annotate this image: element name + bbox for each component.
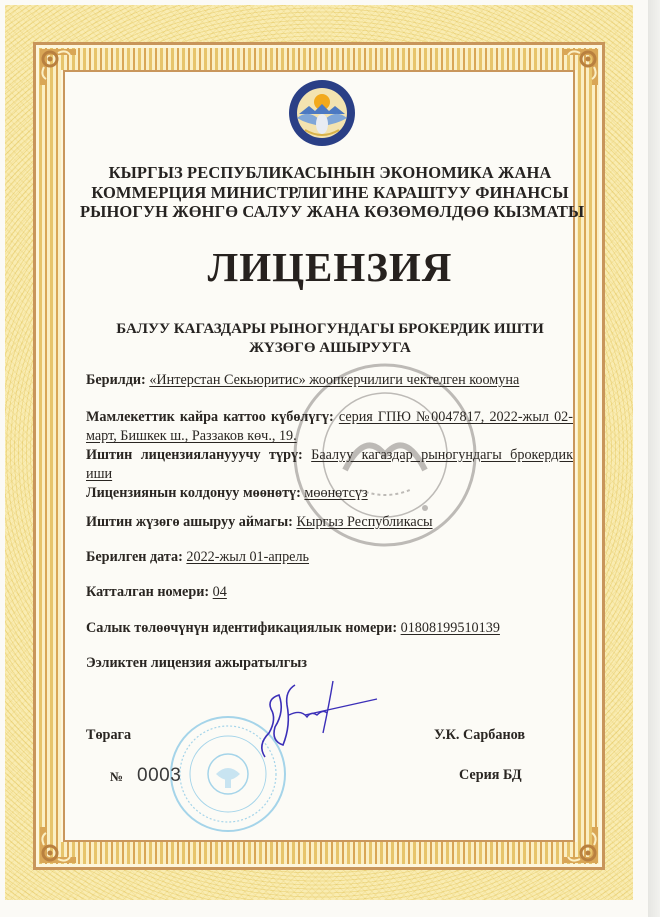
- field-label: Катталган номери:: [86, 584, 209, 600]
- authority-line: КЫРГЫЗ РЕСПУБЛИКАСЫНЫН ЭКОНОМИКА ЖАНА: [80, 163, 580, 183]
- field-label: Лицензиянын колдонуу мөөнөтү:: [86, 485, 301, 501]
- authority-line: РЫНОГУН ЖӨНГӨ САЛУУ ЖАНА КӨЗӨМӨЛДӨӨ КЫЗМ…: [80, 202, 580, 222]
- field-registration: Мамлекеттик кайра каттоо күбөлүгү: серия…: [86, 408, 573, 446]
- field-label: Иштин жүзөгө ашыруу аймагы:: [86, 514, 293, 530]
- document-title: ЛИЦЕНЗИЯ: [80, 243, 580, 291]
- field-value: Кыргыз Республикасы: [296, 514, 432, 530]
- field-value: 2022-жыл 01-апрель: [186, 549, 309, 565]
- field-territory: Иштин жүзөгө ашыруу аймагы: Кыргыз Респу…: [86, 513, 573, 532]
- paper-edge: [648, 0, 660, 917]
- certificate-series: Серия БД: [459, 767, 522, 784]
- field-value: «Интерстан Секьюритис» жоопкерчилиги чек…: [149, 372, 519, 388]
- number-sign: №: [110, 769, 123, 785]
- field-registry-number: Катталган номери: 04: [86, 583, 573, 602]
- field-issued-to: Берилди: «Интерстан Секьюритис» жоопкерч…: [86, 371, 573, 390]
- corner-ornament-icon: [36, 45, 80, 89]
- signatory-position: Төрага: [86, 727, 131, 744]
- field-value: мөөнөтсүз: [304, 485, 367, 501]
- license-scope: БАЛУУ КАГАЗДАРЫ РЫНОГУНДАГЫ БРОКЕРДИК ИШ…: [80, 320, 580, 358]
- signatory-name: У.К. Сарбанов: [434, 727, 525, 744]
- field-activity-type: Иштин лицензияланууучу түрү: Баалуу кага…: [86, 446, 573, 484]
- issuing-authority: КЫРГЫЗ РЕСПУБЛИКАСЫНЫН ЭКОНОМИКА ЖАНА КО…: [80, 163, 580, 222]
- field-validity: Лицензиянын колдонуу мөөнөтү: мөөнөтсүз: [86, 484, 573, 503]
- scope-line: ЖҮЗӨГӨ АШЫРУУГА: [80, 339, 580, 358]
- signature-icon: [245, 675, 385, 765]
- corner-ornament-icon: [558, 45, 602, 89]
- certificate-number: 0003: [137, 765, 181, 787]
- field-label: Берилди:: [86, 372, 146, 388]
- field-label: Берилген дата:: [86, 549, 183, 565]
- field-value: 01808199510139: [401, 620, 500, 636]
- field-label: Иштин лицензияланууучу түрү:: [86, 447, 303, 463]
- authority-line: КОММЕРЦИЯ МИНИСТРЛИГИНЕ КАРАШТУУ ФИНАНСЫ: [80, 183, 580, 203]
- field-label: Ээликтен лицензия ажыратылгыз: [86, 655, 307, 671]
- field-issue-date: Берилген дата: 2022-жыл 01-апрель: [86, 548, 573, 567]
- field-value: 04: [213, 584, 227, 600]
- corner-ornament-icon: [36, 823, 80, 867]
- corner-ornament-icon: [558, 823, 602, 867]
- scope-line: БАЛУУ КАГАЗДАРЫ РЫНОГУНДАГЫ БРОКЕРДИК ИШ…: [80, 320, 580, 339]
- field-tax-id: Салык төлөөчүнүн идентификациялык номери…: [86, 619, 573, 638]
- field-transfer-note: Ээликтен лицензия ажыратылгыз: [86, 654, 573, 673]
- kyrgyz-state-emblem-icon: [287, 78, 357, 148]
- field-label: Мамлекеттик кайра каттоо күбөлүгү:: [86, 409, 334, 425]
- field-label: Салык төлөөчүнүн идентификациялык номери…: [86, 620, 397, 636]
